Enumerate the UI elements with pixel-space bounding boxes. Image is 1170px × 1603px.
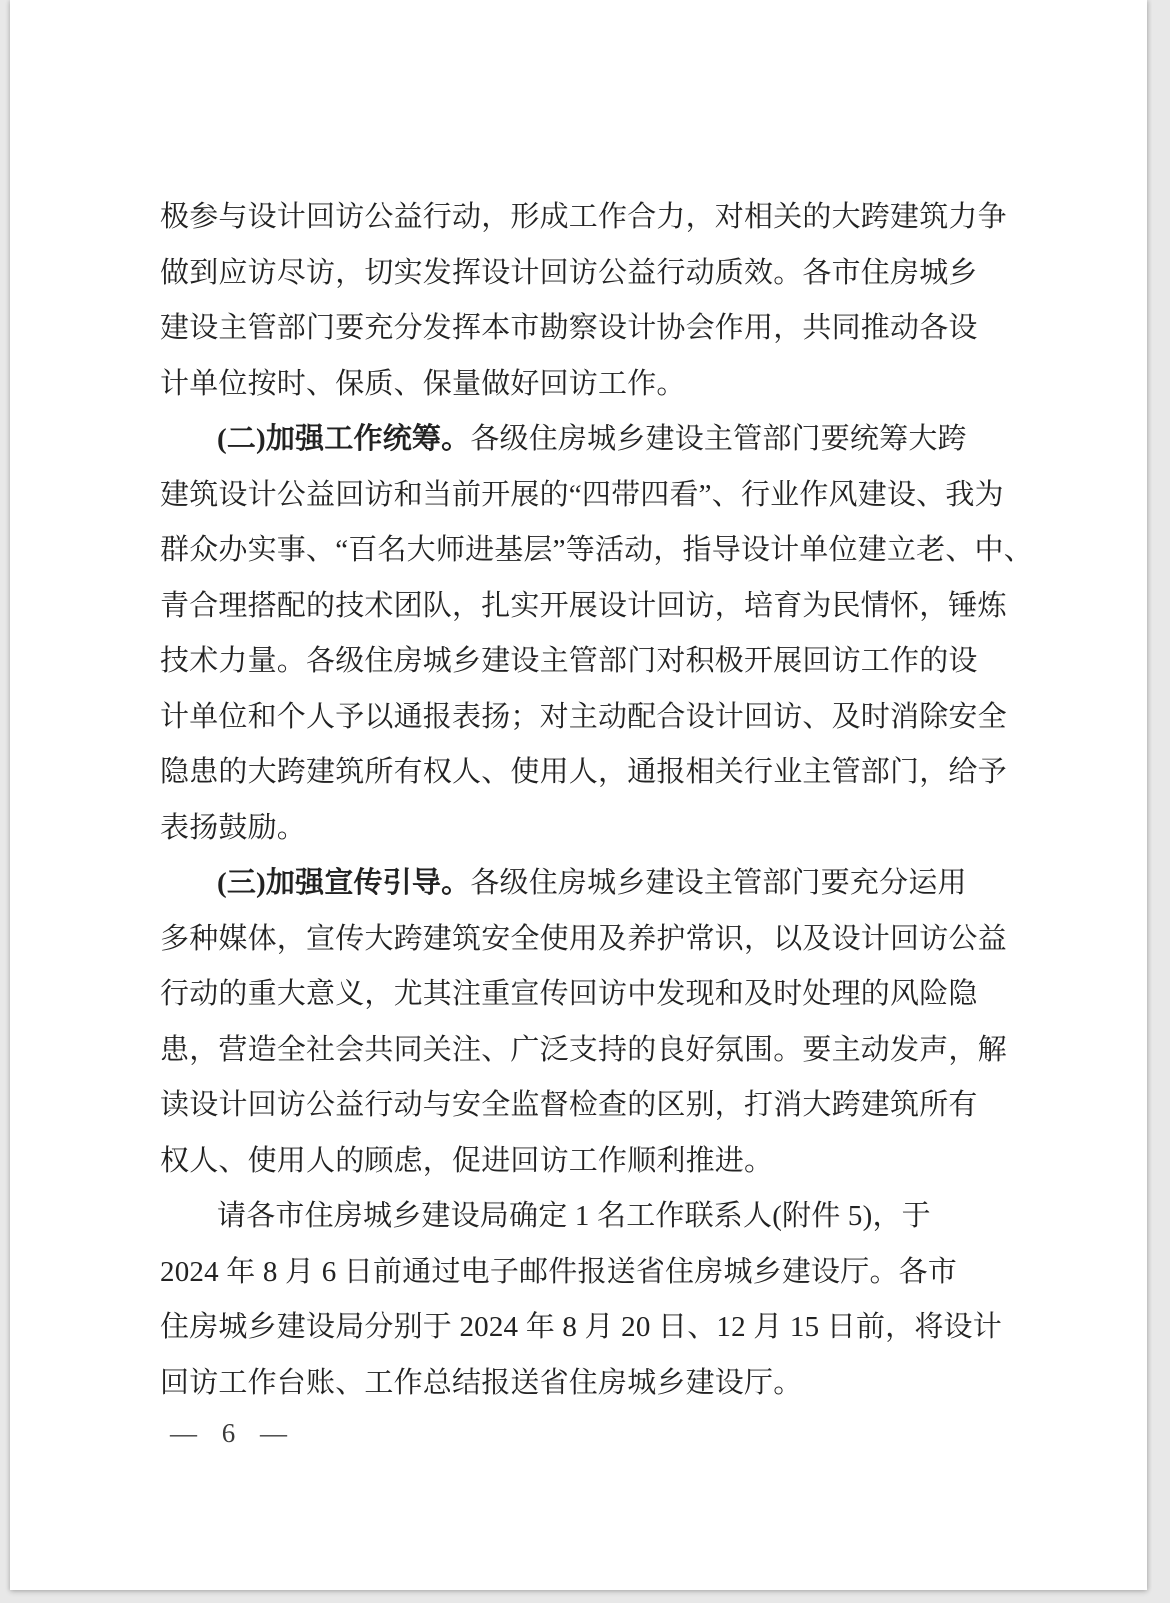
document-page: 极参与设计回访公益行动，形成工作合力，对相关的大跨建筑力争做到应访尽访，切实发挥… — [10, 0, 1147, 1590]
text-run: 2024 年 8 月 6 日前通过电子邮件报送省住房城乡建设厅。各市 — [160, 1256, 957, 1288]
paragraph: 极参与设计回访公益行动，形成工作合力，对相关的大跨建筑力争做到应访尽访，切实发挥… — [160, 190, 1008, 412]
text-line: 计单位和个人予以通报表扬；对主动配合设计回访、及时消除安全 — [160, 690, 1008, 746]
text-line: 计单位按时、保质、保量做好回访工作。 — [160, 357, 1008, 413]
text-run: 表扬鼓励。 — [160, 812, 306, 844]
text-line: 隐患的大跨建筑所有权人、使用人，通报相关行业主管部门，给予 — [160, 745, 1008, 801]
text-run: 患，营造全社会共同关注、广泛支持的良好氛围。要主动发声，解 — [160, 1034, 1007, 1066]
text-line: 技术力量。各级住房城乡建设主管部门对积极开展回访工作的设 — [160, 634, 1008, 690]
text-line: 表扬鼓励。 — [160, 801, 1008, 857]
text-run: 计单位按时、保质、保量做好回访工作。 — [160, 368, 686, 400]
text-run: 群众办实事、“百名大师进基层”等活动，指导设计单位建立老、中、 — [160, 534, 1033, 566]
paragraph: 请各市住房城乡建设局确定 1 名工作联系人(附件 5)，于2024 年 8 月 … — [160, 1189, 1008, 1411]
text-line: 权人、使用人的顾虑，促进回访工作顺利推进。 — [160, 1134, 1008, 1190]
document-body: 极参与设计回访公益行动，形成工作合力，对相关的大跨建筑力争做到应访尽访，切实发挥… — [160, 190, 1008, 1411]
text-run: 各级住房城乡建设主管部门要统筹大跨 — [470, 423, 966, 455]
text-run: 住房城乡建设局分别于 2024 年 8 月 20 日、12 月 15 日前，将设… — [160, 1311, 1002, 1343]
text-line: 回访工作台账、工作总结报送省住房城乡建设厅。 — [160, 1356, 1008, 1412]
section-heading-run: (二)加强工作统筹。 — [217, 423, 470, 455]
page-number: — 6 — — [170, 1418, 289, 1449]
text-run: 计单位和个人予以通报表扬；对主动配合设计回访、及时消除安全 — [160, 701, 1007, 733]
text-run: 建设主管部门要充分发挥本市勘察设计协会作用，共同推动各设 — [160, 312, 978, 344]
paragraph: (三)加强宣传引导。各级住房城乡建设主管部门要充分运用多种媒体，宣传大跨建筑安全… — [160, 856, 1008, 1189]
text-run: 技术力量。各级住房城乡建设主管部门对积极开展回访工作的设 — [160, 645, 978, 677]
text-line: 住房城乡建设局分别于 2024 年 8 月 20 日、12 月 15 日前，将设… — [160, 1300, 1008, 1356]
text-line: 青合理搭配的技术团队，扎实开展设计回访，培育为民情怀，锤炼 — [160, 579, 1008, 635]
text-line: 建设主管部门要充分发挥本市勘察设计协会作用，共同推动各设 — [160, 301, 1008, 357]
text-run: 回访工作台账、工作总结报送省住房城乡建设厅。 — [160, 1367, 802, 1399]
text-run: 做到应访尽访，切实发挥设计回访公益行动质效。各市住房城乡 — [160, 257, 978, 289]
text-run: 建筑设计公益回访和当前开展的“四带四看”、行业作风建设、我为 — [160, 479, 1004, 511]
text-run: 极参与设计回访公益行动，形成工作合力，对相关的大跨建筑力争 — [160, 201, 1007, 233]
text-line: 建筑设计公益回访和当前开展的“四带四看”、行业作风建设、我为 — [160, 468, 1008, 524]
text-line: 多种媒体，宣传大跨建筑安全使用及养护常识，以及设计回访公益 — [160, 912, 1008, 968]
text-run: 多种媒体，宣传大跨建筑安全使用及养护常识，以及设计回访公益 — [160, 923, 1007, 955]
text-line: 患，营造全社会共同关注、广泛支持的良好氛围。要主动发声，解 — [160, 1023, 1008, 1079]
text-run: 青合理搭配的技术团队，扎实开展设计回访，培育为民情怀，锤炼 — [160, 590, 1007, 622]
text-run: 读设计回访公益行动与安全监督检查的区别，打消大跨建筑所有 — [160, 1089, 978, 1121]
scrollbar-track[interactable] — [1147, 0, 1170, 1603]
document-viewer: { "colors":{ "canvas_bg":"#e8e8e8", "pag… — [0, 0, 1170, 1603]
text-run: 权人、使用人的顾虑，促进回访工作顺利推进。 — [160, 1145, 773, 1177]
paragraph: (二)加强工作统筹。各级住房城乡建设主管部门要统筹大跨建筑设计公益回访和当前开展… — [160, 412, 1008, 856]
text-run: 行动的重大意义，尤其注重宣传回访中发现和及时处理的风险隐 — [160, 978, 978, 1010]
text-line: 2024 年 8 月 6 日前通过电子邮件报送省住房城乡建设厅。各市 — [160, 1245, 1008, 1301]
text-line: 行动的重大意义，尤其注重宣传回访中发现和及时处理的风险隐 — [160, 967, 1008, 1023]
text-run: 各级住房城乡建设主管部门要充分运用 — [470, 867, 966, 899]
text-line: (三)加强宣传引导。各级住房城乡建设主管部门要充分运用 — [160, 856, 1008, 912]
text-line: 读设计回访公益行动与安全监督检查的区别，打消大跨建筑所有 — [160, 1078, 1008, 1134]
text-run: 隐患的大跨建筑所有权人、使用人，通报相关行业主管部门，给予 — [160, 756, 1007, 788]
text-run: 请各市住房城乡建设局确定 1 名工作联系人(附件 5)，于 — [217, 1200, 931, 1232]
text-line: 极参与设计回访公益行动，形成工作合力，对相关的大跨建筑力争 — [160, 190, 1008, 246]
text-line: 请各市住房城乡建设局确定 1 名工作联系人(附件 5)，于 — [160, 1189, 1008, 1245]
text-line: 群众办实事、“百名大师进基层”等活动，指导设计单位建立老、中、 — [160, 523, 1008, 579]
text-line: 做到应访尽访，切实发挥设计回访公益行动质效。各市住房城乡 — [160, 246, 1008, 302]
section-heading-run: (三)加强宣传引导。 — [217, 867, 470, 899]
text-line: (二)加强工作统筹。各级住房城乡建设主管部门要统筹大跨 — [160, 412, 1008, 468]
